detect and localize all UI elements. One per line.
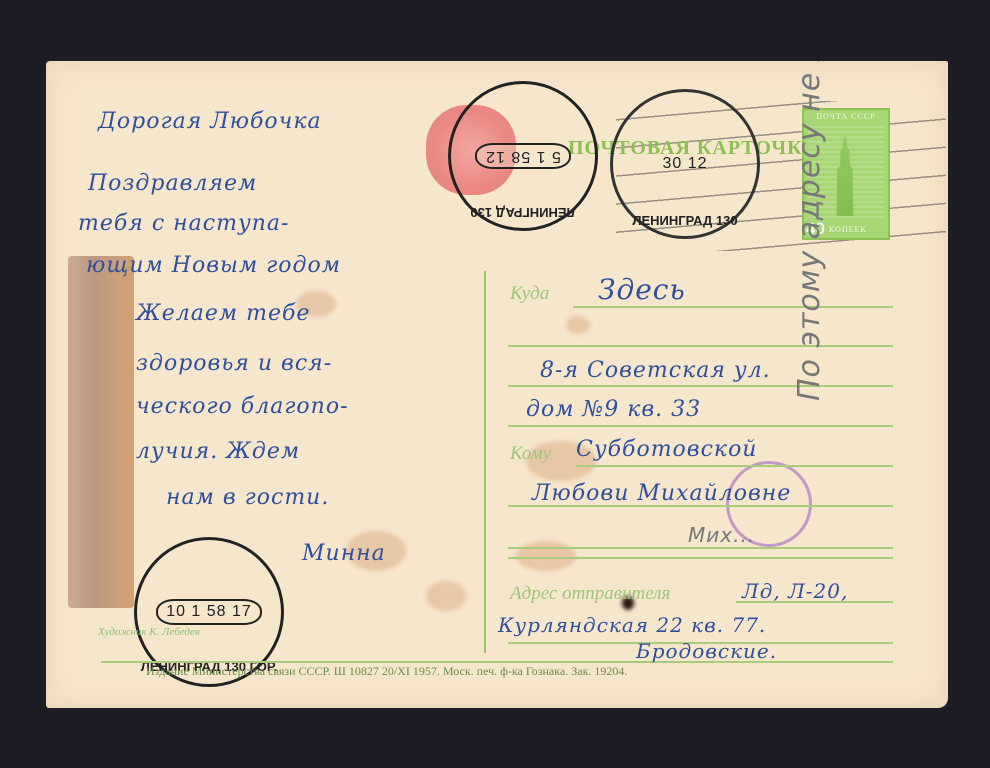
publisher-footer: Издание Министерства связи СССР. Ш 10827… <box>146 664 627 679</box>
address-where-line: 8-я Советская ул. <box>540 358 771 383</box>
address-line <box>508 385 893 387</box>
message-line: Поздравляем <box>88 171 257 196</box>
signature: Минна <box>302 541 386 566</box>
message-line: Дорогая Любочка <box>98 109 322 134</box>
sender-line-3: Бродовские. <box>636 639 777 663</box>
address-line-double <box>508 557 893 559</box>
postmark-city: ЛЕНИНГРАД 130 <box>470 205 575 220</box>
postmark-date: 30 12 <box>654 153 715 175</box>
postmark-city: ЛЕНИНГРАД 130 <box>632 213 737 228</box>
stain <box>566 316 590 334</box>
address-line <box>508 425 893 427</box>
message-line: нам в гости. <box>166 485 329 510</box>
postmark-top: ЛЕНИНГРАД 130 5 1 58 12 <box>448 81 598 231</box>
stain <box>516 541 576 571</box>
message-line: лучия. Ждем <box>136 439 300 464</box>
pencil-note-margin: Мих... <box>688 523 755 547</box>
postcard: ПОЧТОВАЯ КАРТОЧКА ПОЧТА СССР 40 КОПЕЕК Л… <box>46 61 948 708</box>
stain <box>426 581 466 611</box>
address-whom-line: Любови Михайловне <box>532 481 791 506</box>
sender-line-1: Лд, Л-20, <box>742 579 848 603</box>
address-line <box>573 306 893 308</box>
pencil-note-vertical: По этому адресу не живет <box>792 61 827 401</box>
address-where-line: Здесь <box>598 273 686 306</box>
message-line: ческого благопо- <box>136 394 349 419</box>
message-line: тебя с наступа- <box>78 211 289 236</box>
address-whom-line: Субботовской <box>576 437 757 462</box>
stamp-currency: КОПЕЕК <box>829 225 867 234</box>
artist-credit: Художник К. Лебедев <box>98 626 200 638</box>
tape-residue <box>68 256 134 608</box>
postmark-date: 5 1 58 12 <box>475 143 571 169</box>
address-line <box>508 547 893 549</box>
label-to-where: Куда <box>510 283 549 305</box>
message-line: здоровья и вся- <box>136 351 332 376</box>
postmark-top-right: ЛЕНИНГРАД 130 30 12 <box>610 89 760 239</box>
label-sender: Адрес отправителя <box>510 583 670 605</box>
address-divider <box>484 271 486 653</box>
message-line: Желаем тебе <box>136 301 310 326</box>
sender-line-2: Курляндская 22 кв. 77. <box>498 613 766 637</box>
address-where-line: дом №9 кв. 33 <box>526 397 701 422</box>
postmark-date: 10 1 58 17 <box>156 599 262 625</box>
address-line <box>576 465 893 467</box>
message-line: ющим Новым годом <box>86 253 341 278</box>
label-to-whom: Кому <box>510 443 551 465</box>
address-line <box>508 345 893 347</box>
